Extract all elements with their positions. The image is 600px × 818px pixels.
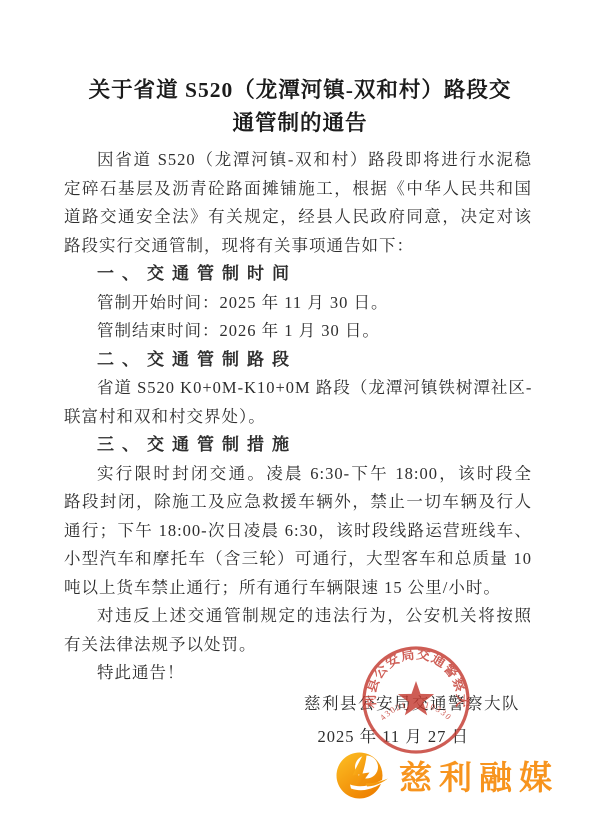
text-line: 定碎石基层及沥青砼路面摊铺施工，根据《中华人民共和国 [64, 175, 532, 204]
page-title-line-1: 关于省道 S520（龙潭河镇-双和村）路段交 [0, 74, 600, 107]
text-line: 管制开始时间：2025 年 11 月 30 日。 [64, 289, 532, 318]
seal-code-text: 4302110010330 [378, 698, 455, 722]
text-line: 联富村和双和村交界处）。 [64, 403, 532, 432]
text-line: 通行；下午 18:00-次日凌晨 6:30，该时段线路运营班线车、 [64, 517, 532, 546]
media-logo-icon [336, 752, 390, 799]
text-line: 三、交通管制措施 [64, 431, 532, 460]
section-heading: 二、交通管制路段 [64, 346, 532, 375]
notice-body: 因省道 S520（龙潭河镇-双和村）路段即将进行水泥稳定碎石基层及沥青砼路面摊铺… [64, 146, 532, 688]
page-title-line-2: 通管制的通告 [0, 107, 600, 140]
media-logo: 慈利融媒 [336, 752, 559, 799]
text-line: 管制结束时间：2026 年 1 月 30 日。 [64, 317, 532, 346]
paragraph: 管制开始时间：2025 年 11 月 30 日。 [64, 289, 532, 318]
notice-document: 关于省道 S520（龙潭河镇-双和村）路段交 通管制的通告 因省道 S520（龙… [0, 0, 600, 818]
svg-text:4302110010330: 4302110010330 [378, 698, 455, 722]
text-line: 路段封闭，除施工及应急救援车辆外，禁止一切车辆及行人 [64, 488, 532, 517]
official-seal: 慈利县公安局交通警察大队 4302110010330 [358, 642, 474, 758]
paragraph: 管制结束时间：2026 年 1 月 30 日。 [64, 317, 532, 346]
text-line: 路段实行交通管制，现将有关事项通告如下： [64, 232, 532, 261]
text-line: 因省道 S520（龙潭河镇-双和村）路段即将进行水泥稳 [64, 146, 532, 175]
section-heading: 一、交通管制时间 [64, 260, 532, 289]
text-line: 省道 S520 K0+0M-K10+0M 路段（龙潭河镇铁树潭社区- [64, 374, 532, 403]
paragraph: 实行限时封闭交通。凌晨 6:30-下午 18:00，该时段全路段封闭，除施工及应… [64, 460, 532, 603]
text-line: 一、交通管制时间 [64, 260, 532, 289]
text-line: 二、交通管制路段 [64, 346, 532, 375]
section-heading: 三、交通管制措施 [64, 431, 532, 460]
page-title: 关于省道 S520（龙潭河镇-双和村）路段交 通管制的通告 [0, 74, 600, 139]
text-line: 对违反上述交通管制规定的违法行为，公安机关将按照 [64, 602, 532, 631]
text-line: 实行限时封闭交通。凌晨 6:30-下午 18:00，该时段全 [64, 460, 532, 489]
paragraph: 省道 S520 K0+0M-K10+0M 路段（龙潭河镇铁树潭社区-联富村和双和… [64, 374, 532, 431]
text-line: 吨以上货车禁止通行；所有通行车辆限速 15 公里/小时。 [64, 574, 532, 603]
text-line: 道路交通安全法》有关规定，经县人民政府同意，决定对该 [64, 203, 532, 232]
paragraph: 因省道 S520（龙潭河镇-双和村）路段即将进行水泥稳定碎石基层及沥青砼路面摊铺… [64, 146, 532, 260]
text-line: 小型汽车和摩托车（含三轮）可通行，大型客车和总质量 10 [64, 545, 532, 574]
media-logo-text: 慈利融媒 [399, 752, 559, 799]
